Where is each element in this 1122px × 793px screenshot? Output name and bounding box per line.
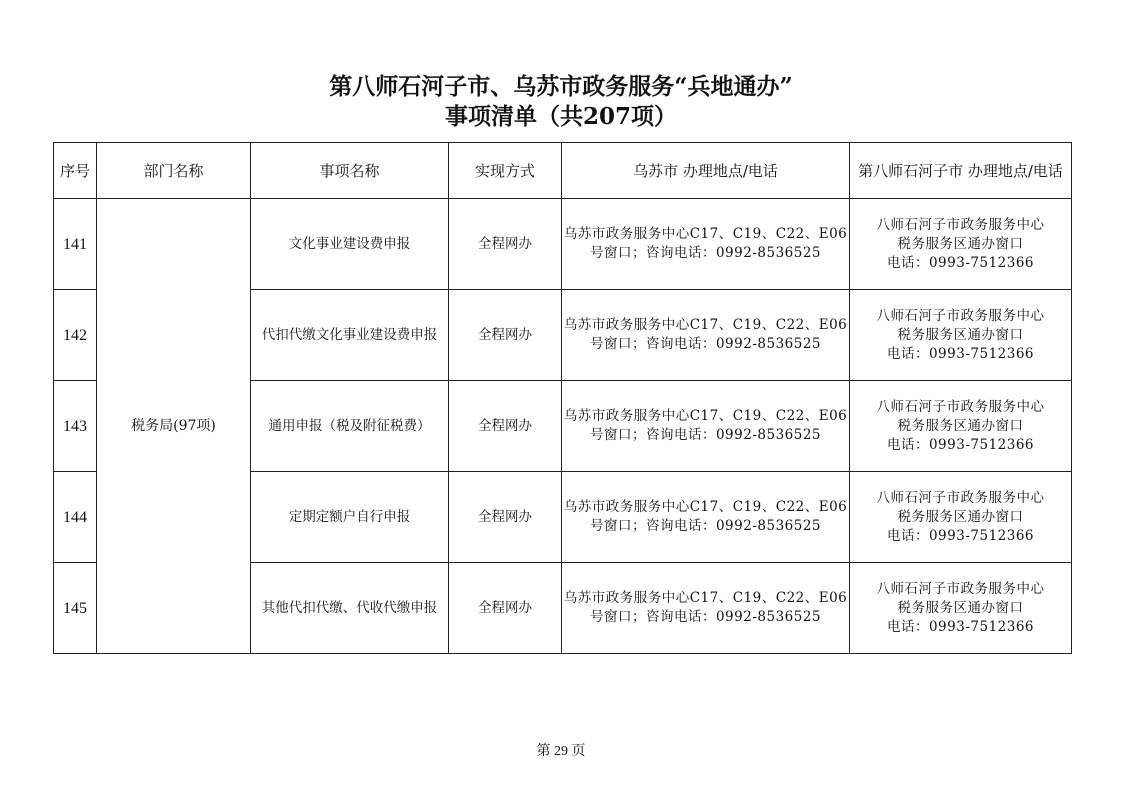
cell-item: 代扣代缴文化事业建设费申报	[251, 290, 449, 381]
wusu-address: 乌苏市政务服务中心C17、C19、C22、E06	[562, 407, 849, 426]
shz-phone: 电话：0993-7512366	[850, 345, 1071, 364]
cell-seq: 144	[54, 472, 97, 563]
cell-shz-location: 八师石河子市政务服务中心 税务服务区通办窗口 电话：0993-7512366	[850, 563, 1072, 654]
shz-center: 八师石河子市政务服务中心	[850, 489, 1071, 508]
cell-method: 全程网办	[449, 381, 562, 472]
cell-wusu-location: 乌苏市政务服务中心C17、C19、C22、E06 号窗口；咨询电话：0992-8…	[562, 563, 850, 654]
wusu-address: 乌苏市政务服务中心C17、C19、C22、E06	[562, 225, 849, 244]
shz-phone: 电话：0993-7512366	[850, 436, 1071, 455]
document-title-line1: 第八师石河子市、乌苏市政务服务“兵地通办”	[0, 72, 1122, 102]
cell-item: 定期定额户自行申报	[251, 472, 449, 563]
cell-shz-location: 八师石河子市政务服务中心 税务服务区通办窗口 电话：0993-7512366	[850, 199, 1072, 290]
header-item: 事项名称	[251, 143, 449, 199]
shz-center: 八师石河子市政务服务中心	[850, 216, 1071, 235]
cell-item: 其他代扣代缴、代收代缴申报	[251, 563, 449, 654]
shz-phone: 电话：0993-7512366	[850, 618, 1071, 637]
cell-item: 文化事业建设费申报	[251, 199, 449, 290]
cell-method: 全程网办	[449, 199, 562, 290]
cell-method: 全程网办	[449, 290, 562, 381]
header-method: 实现方式	[449, 143, 562, 199]
header-shz-line1: 第八师石河子市	[858, 162, 963, 180]
cell-shz-location: 八师石河子市政务服务中心 税务服务区通办窗口 电话：0993-7512366	[850, 381, 1072, 472]
header-wusu-line1: 乌苏市	[633, 162, 678, 180]
cell-dept-merged: 税务局(97项)	[97, 199, 251, 654]
wusu-phone: 号窗口；咨询电话：0992-8536525	[562, 517, 849, 536]
cell-seq: 142	[54, 290, 97, 381]
items-table: 序号 部门名称 事项名称 实现方式 乌苏市 办理地点/电话 第八师石河子市 办理…	[53, 142, 1072, 654]
cell-method: 全程网办	[449, 563, 562, 654]
cell-seq: 141	[54, 199, 97, 290]
cell-wusu-location: 乌苏市政务服务中心C17、C19、C22、E06 号窗口；咨询电话：0992-8…	[562, 290, 850, 381]
cell-seq: 143	[54, 381, 97, 472]
cell-shz-location: 八师石河子市政务服务中心 税务服务区通办窗口 电话：0993-7512366	[850, 290, 1072, 381]
wusu-phone: 号窗口；咨询电话：0992-8536525	[562, 244, 849, 263]
cell-seq: 145	[54, 563, 97, 654]
cell-wusu-location: 乌苏市政务服务中心C17、C19、C22、E06 号窗口；咨询电话：0992-8…	[562, 472, 850, 563]
cell-wusu-location: 乌苏市政务服务中心C17、C19、C22、E06 号窗口；咨询电话：0992-8…	[562, 381, 850, 472]
shz-window: 税务服务区通办窗口	[850, 326, 1071, 345]
shz-window: 税务服务区通办窗口	[850, 599, 1071, 618]
shz-window: 税务服务区通办窗口	[850, 417, 1071, 436]
wusu-address: 乌苏市政务服务中心C17、C19、C22、E06	[562, 316, 849, 335]
header-shz-location: 第八师石河子市 办理地点/电话	[850, 143, 1072, 199]
wusu-address: 乌苏市政务服务中心C17、C19、C22、E06	[562, 498, 849, 517]
shz-window: 税务服务区通办窗口	[850, 235, 1071, 254]
wusu-phone: 号窗口；咨询电话：0992-8536525	[562, 426, 849, 445]
header-wusu-line2: 办理地点/电话	[683, 162, 778, 180]
cell-wusu-location: 乌苏市政务服务中心C17、C19、C22、E06 号窗口；咨询电话：0992-8…	[562, 199, 850, 290]
shz-center: 八师石河子市政务服务中心	[850, 398, 1071, 417]
shz-center: 八师石河子市政务服务中心	[850, 307, 1071, 326]
shz-center: 八师石河子市政务服务中心	[850, 580, 1071, 599]
document-title-line2: 事项清单（共207项）	[0, 102, 1122, 132]
wusu-phone: 号窗口；咨询电话：0992-8536525	[562, 335, 849, 354]
page-number: 第 29 页	[0, 740, 1122, 760]
shz-window: 税务服务区通办窗口	[850, 508, 1071, 527]
cell-shz-location: 八师石河子市政务服务中心 税务服务区通办窗口 电话：0993-7512366	[850, 472, 1072, 563]
header-shz-line2: 办理地点/电话	[968, 162, 1063, 180]
table-row: 141 税务局(97项) 文化事业建设费申报 全程网办 乌苏市政务服务中心C17…	[54, 199, 1072, 290]
header-seq: 序号	[54, 143, 97, 199]
shz-phone: 电话：0993-7512366	[850, 254, 1071, 273]
cell-item: 通用申报（税及附征税费）	[251, 381, 449, 472]
table-header-row: 序号 部门名称 事项名称 实现方式 乌苏市 办理地点/电话 第八师石河子市 办理…	[54, 143, 1072, 199]
shz-phone: 电话：0993-7512366	[850, 527, 1071, 546]
cell-method: 全程网办	[449, 472, 562, 563]
wusu-phone: 号窗口；咨询电话：0992-8536525	[562, 608, 849, 627]
header-dept: 部门名称	[97, 143, 251, 199]
wusu-address: 乌苏市政务服务中心C17、C19、C22、E06	[562, 589, 849, 608]
header-wusu-location: 乌苏市 办理地点/电话	[562, 143, 850, 199]
